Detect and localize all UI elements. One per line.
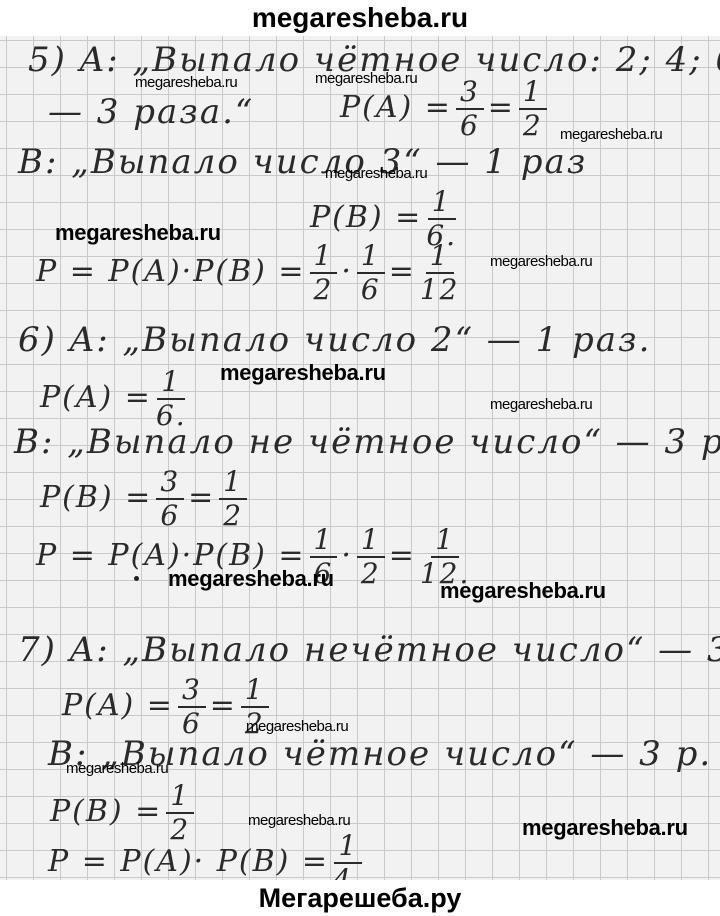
site-header: megaresheba.ru (0, 0, 720, 36)
watermark: megaresheba.ru (315, 70, 417, 87)
p6-prob-b: P(B) =36=12 (40, 468, 251, 530)
watermark: megaresheba.ru (135, 74, 237, 91)
watermark: megaresheba.ru (220, 360, 386, 386)
p5-event-a-cont: — 3 раза.“ (48, 92, 254, 132)
p5-prob-a: P(A) =36=12 (340, 78, 551, 140)
p7-prob-a: P(A) =36=12 (62, 676, 273, 738)
watermark: megaresheba.ru (440, 578, 606, 604)
watermark: megaresheba.ru (168, 566, 334, 592)
p6-prob-a: P(A) =16. (40, 368, 191, 430)
p7-event-a: 7) A: „Выпало нечётное число“ — 3 р (18, 630, 720, 670)
p5-product: P = P(A)·P(B) =12·16=112 (36, 242, 464, 304)
watermark: megaresheba.ru (560, 126, 662, 143)
ink-dot (134, 576, 139, 581)
watermark: megaresheba.ru (66, 760, 168, 777)
watermark: megaresheba.ru (490, 253, 592, 270)
p5-event-b: B: „Выпало число 3“ — 1 раз (18, 142, 587, 182)
watermark: megaresheba.ru (325, 165, 427, 182)
site-footer: Мегарешеба.ру (0, 880, 720, 916)
watermark: megaresheba.ru (246, 718, 348, 735)
watermark: megaresheba.ru (55, 220, 221, 246)
p6-event-a: 6) A: „Выпало число 2“ — 1 раз. (18, 320, 651, 360)
p6-event-b: B: „Выпало не чётное число“ — 3 раза. (14, 422, 720, 462)
p5-label: 5) (28, 40, 67, 80)
watermark: megaresheba.ru (248, 812, 350, 829)
watermark: megaresheba.ru (522, 815, 688, 841)
watermark: megaresheba.ru (490, 396, 592, 413)
